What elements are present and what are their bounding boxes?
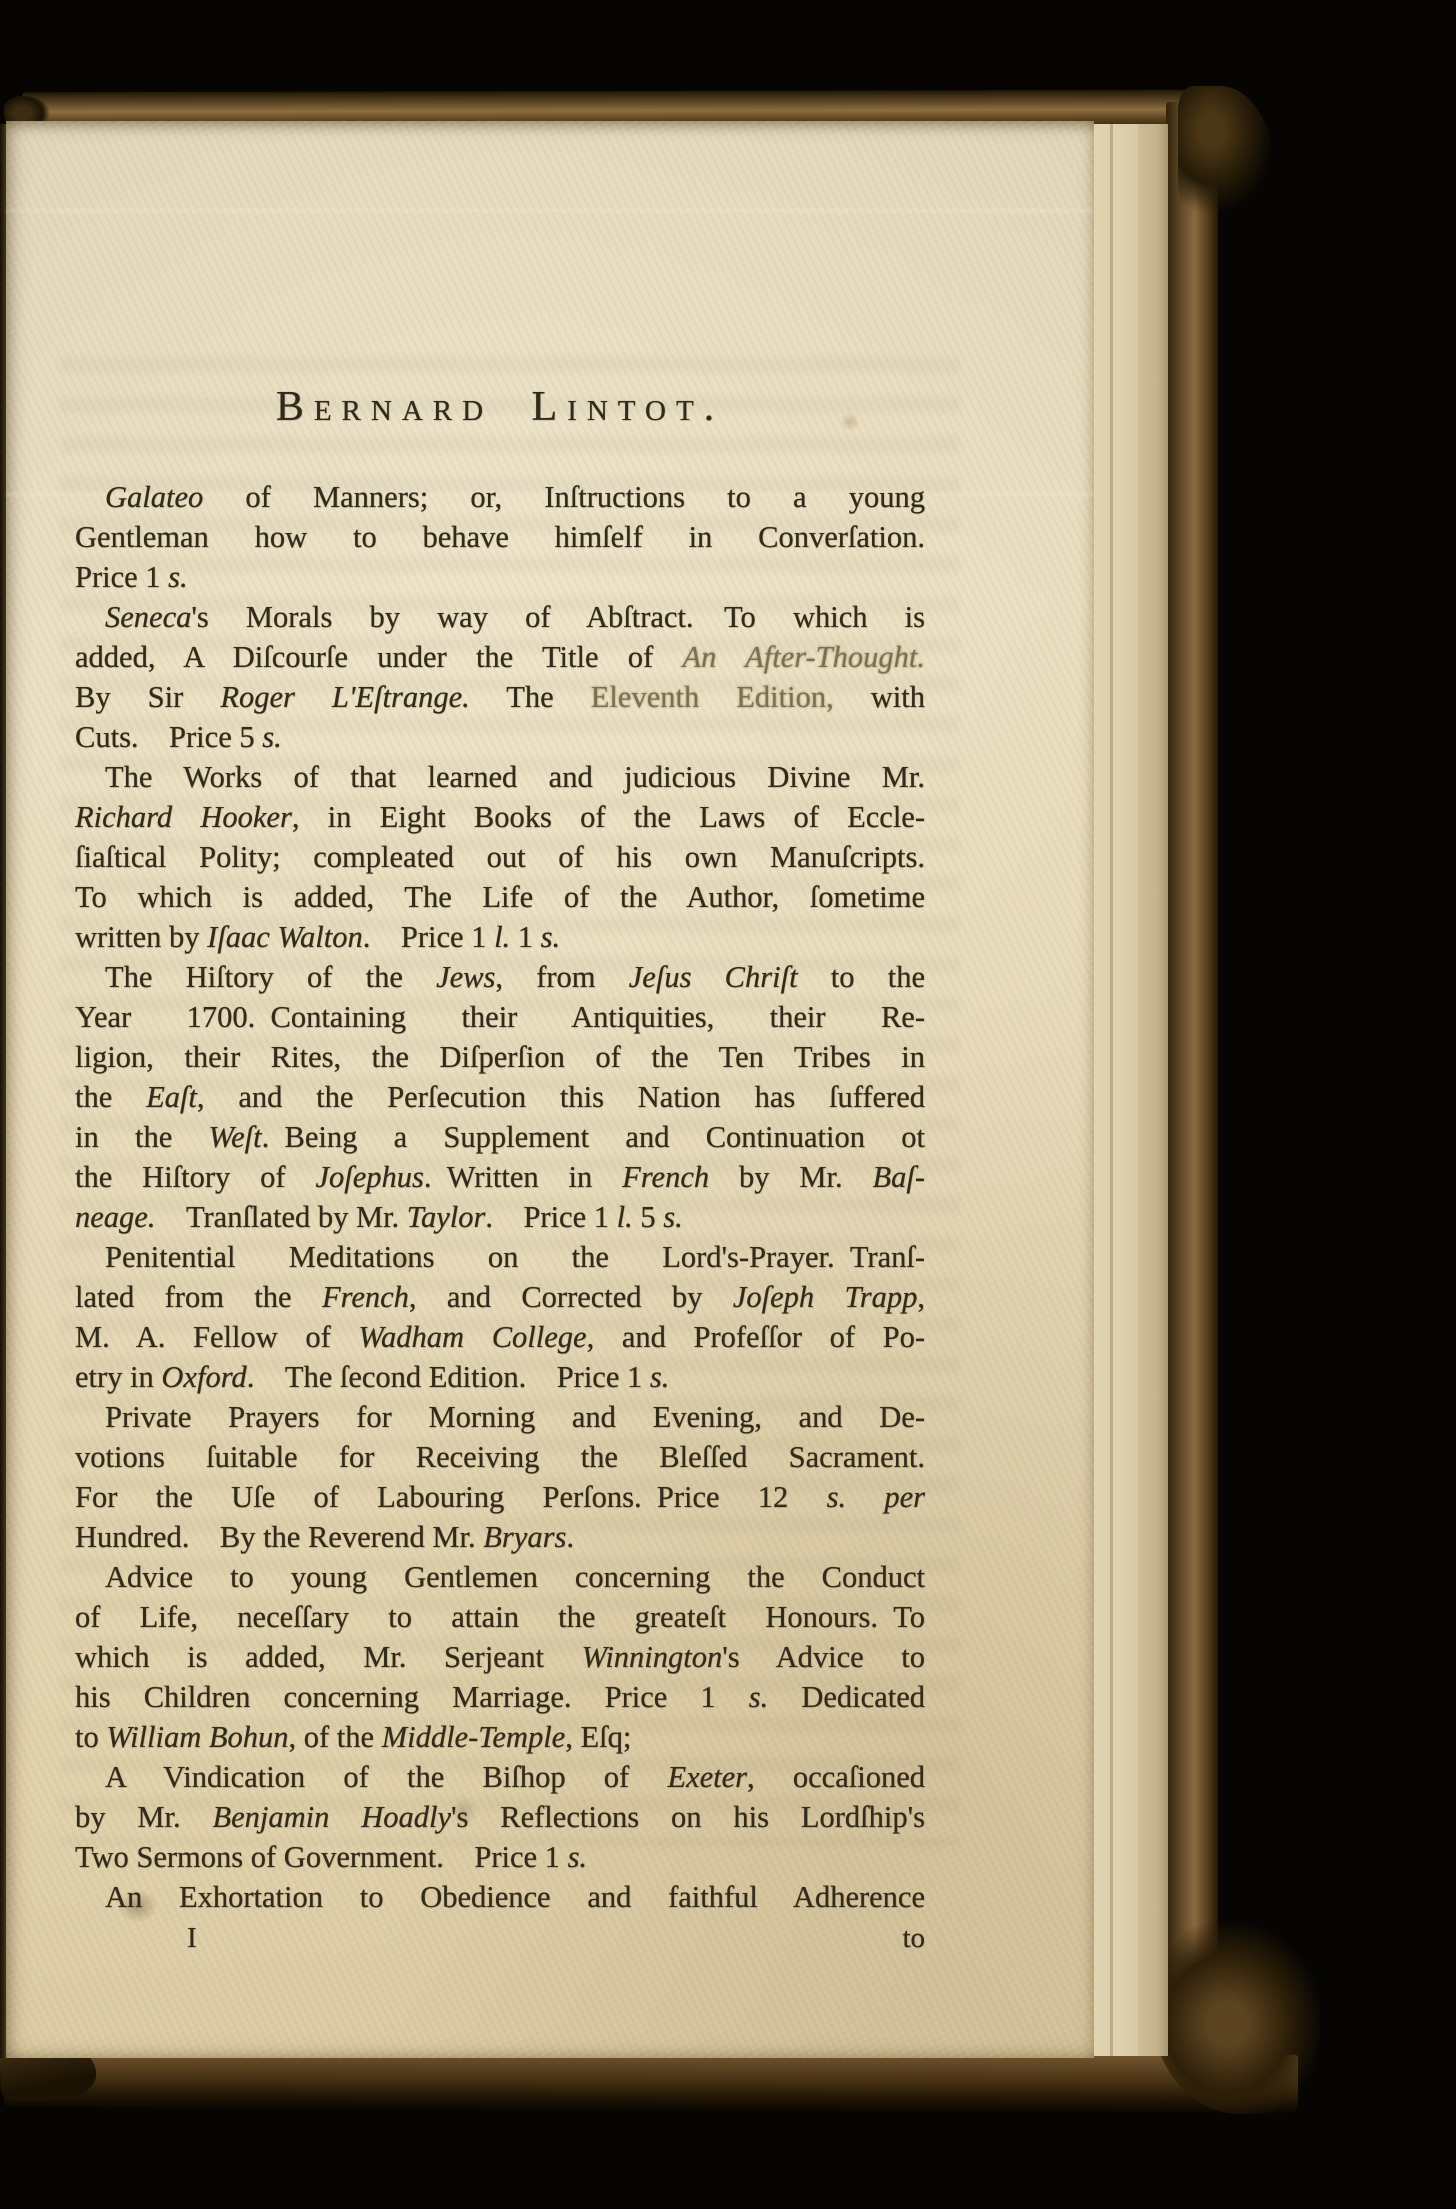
body-text: Hundred. By the Reverend Mr. <box>75 1520 483 1554</box>
text-line: lated from the French, and Corrected by … <box>75 1277 925 1317</box>
bookseller-name: Bernard Lintot. <box>276 384 724 430</box>
body-text: ligion, their Rites, the Diſperſion of t… <box>75 1040 925 1074</box>
italic-text: Oxford <box>161 1360 246 1394</box>
text-line: ligion, their Rites, the Diſperſion of t… <box>75 1037 925 1077</box>
text-line: etry in Oxford. The ſecond Edition. Pric… <box>75 1357 925 1397</box>
body-text: votions ſuitable for Receiving the Bleſſ… <box>75 1440 925 1474</box>
body-text: of Manners; or, Inſtructions to a young <box>203 480 925 514</box>
text-line: Cuts. Price 5 s. <box>75 717 925 757</box>
text-line: neage. Tranſlated by Mr. Taylor. Price 1… <box>75 1197 925 1237</box>
body-text: The <box>470 680 591 714</box>
signature-mark: I <box>187 1918 197 1958</box>
body-text: , in Eight Books of the Laws of Eccle- <box>292 800 925 834</box>
body-text: Year 1700. Containing their Antiquities,… <box>75 1000 925 1034</box>
body-text: To which is added, The Life of the Autho… <box>75 880 925 914</box>
paragraph: An Exhortation to Obedience and faithful… <box>75 1877 925 1917</box>
text-line: added, A Diſcourſe under the Title of An… <box>75 637 925 677</box>
italic-text: Joſeph Trapp <box>733 1280 918 1314</box>
italic-text: Middle-Temple <box>382 1720 566 1754</box>
text-line: in the Weſt. Being a Supplement and Cont… <box>75 1117 925 1157</box>
body-text: by Mr. <box>709 1160 872 1194</box>
body-text: 1 <box>510 920 541 954</box>
scanned-book-photo: Bernard Lintot. Galateo of Manners; or, … <box>0 0 1456 2209</box>
body-text: Penitential Meditations on the Lord's-Pr… <box>105 1240 925 1274</box>
text-line: ſiaſtical Polity; compleated out of his … <box>75 837 925 877</box>
italic-text: s. <box>262 720 282 754</box>
paragraph: Advice to young Gentlemen concerning the… <box>75 1557 925 1757</box>
body-text: of Life, neceſſary to attain the greateſ… <box>75 1600 925 1634</box>
text-line: which is added, Mr. Serjeant Winnington'… <box>75 1637 925 1677</box>
text-line: Hundred. By the Reverend Mr. Bryars. <box>75 1517 925 1557</box>
italic-text: Galateo <box>105 480 203 514</box>
italic-text: Baſ- <box>873 1160 926 1194</box>
body-text: . Price 1 <box>363 920 494 954</box>
text-line: Gentleman how to behave himſelf in Conve… <box>75 517 925 557</box>
body-text: By Sir <box>75 680 220 714</box>
body-text: Gentleman how to behave himſelf in Conve… <box>75 520 925 554</box>
text-line: By Sir Roger L'Eſtrange. The Eleventh Ed… <box>75 677 925 717</box>
body-text: which is added, Mr. Serjeant <box>75 1640 582 1674</box>
body-text: to the <box>798 960 925 994</box>
italic-text: Benjamin Hoadly <box>212 1800 451 1834</box>
text-line: Seneca's Morals by way of Abſtract. To w… <box>75 597 925 637</box>
text-line: the Eaſt, and the Perſecution this Natio… <box>75 1077 925 1117</box>
body-text: ſiaſtical Polity; compleated out of his … <box>75 840 925 874</box>
body-text: with <box>834 680 925 714</box>
text-line: The Works of that learned and judicious … <box>75 757 925 797</box>
text-line: A Vindication of the Biſhop of Exeter, o… <box>75 1757 925 1797</box>
book-binding-bottom-edge <box>4 2049 1298 2113</box>
italic-text: Roger L'Eſtrange. <box>220 680 469 714</box>
book-binding-right-edge <box>1166 102 1218 2077</box>
body-text: Price 1 <box>75 560 168 594</box>
body-text: An Exhortation to Obedience and faithful… <box>105 1880 925 1914</box>
paragraph: A Vindication of the Biſhop of Exeter, o… <box>75 1757 925 1877</box>
paragraph: Penitential Meditations on the Lord's-Pr… <box>75 1237 925 1397</box>
text-line: written by Iſaac Walton. Price 1 l. 1 s. <box>75 917 925 957</box>
italic-text: Eaſt <box>146 1080 197 1114</box>
italic-text: l. <box>494 920 510 954</box>
page-text-body: Galateo of Manners; or, Inſtructions to … <box>75 477 925 1917</box>
page-heading: Bernard Lintot. <box>75 383 925 431</box>
body-text: M. A. Fellow of <box>75 1320 358 1354</box>
body-text: Two Sermons of Government. Price 1 <box>75 1840 568 1874</box>
italic-text: neage. <box>75 1200 155 1234</box>
body-text: 's Reflections on his Lordſhip's <box>451 1800 925 1834</box>
italic-text: Wadham College <box>358 1320 586 1354</box>
italic-text: s. <box>168 560 188 594</box>
text-line: To which is added, The Life of the Autho… <box>75 877 925 917</box>
body-text: The Hiſtory of the <box>105 960 436 994</box>
text-line: The Hiſtory of the Jews, from Jeſus Chri… <box>75 957 925 997</box>
paragraph: The Works of that learned and judicious … <box>75 757 925 957</box>
body-text: Advice to young Gentlemen concerning the… <box>105 1560 925 1594</box>
page-leaf-edges <box>1092 124 1168 2056</box>
body-text: Cuts. Price 5 <box>75 720 262 754</box>
body-text: the Hiſtory of <box>75 1160 315 1194</box>
italic-text: Jews <box>436 960 495 994</box>
paragraph: The Hiſtory of the Jews, from Jeſus Chri… <box>75 957 925 1237</box>
body-text: by Mr. <box>75 1800 212 1834</box>
body-text: , and Corrected by <box>409 1280 733 1314</box>
body-text: . The ſecond Edition. Price 1 <box>247 1360 650 1394</box>
body-text: A Vindication of the Biſhop of <box>105 1760 667 1794</box>
italic-text: s. <box>749 1680 769 1714</box>
body-text: For the Uſe of Labouring Perſons. Price … <box>75 1480 827 1514</box>
text-line: An Exhortation to Obedience and faithful… <box>75 1877 925 1917</box>
body-text: lated from the <box>75 1280 322 1314</box>
body-text: . <box>566 1520 574 1554</box>
body-text: etry in <box>75 1360 161 1394</box>
text-line: Price 1 s. <box>75 557 925 597</box>
book-page: Bernard Lintot. Galateo of Manners; or, … <box>6 121 1094 2058</box>
body-text: . Written in <box>424 1160 622 1194</box>
text-line: votions ſuitable for Receiving the Bleſſ… <box>75 1437 925 1477</box>
body-text: Private Prayers for Morning and Evening,… <box>105 1400 925 1434</box>
body-text: The Works of that learned and judicious … <box>105 760 925 794</box>
text-line: Penitential Meditations on the Lord's-Pr… <box>75 1237 925 1277</box>
body-text: his Children concerning Marriage. Price … <box>75 1680 749 1714</box>
body-text: , from <box>495 960 628 994</box>
body-text: 5 <box>633 1200 664 1234</box>
text-line: M. A. Fellow of Wadham College, and Prof… <box>75 1317 925 1357</box>
italic-text: William Bohun <box>106 1720 288 1754</box>
text-line: Galateo of Manners; or, Inſtructions to … <box>75 477 925 517</box>
paper-crease <box>6 209 1094 212</box>
body-text: . Price 1 <box>485 1200 616 1234</box>
italic-text: Winnington <box>582 1640 723 1674</box>
body-text: Tranſlated by Mr. <box>155 1200 406 1234</box>
body-text: the <box>75 1080 146 1114</box>
italic-text: s. <box>568 1840 588 1874</box>
body-text: Dedicated <box>768 1680 925 1714</box>
body-text: , <box>917 1280 925 1314</box>
italic-text: s. <box>663 1200 683 1234</box>
italic-text: Richard Hooker <box>75 800 292 834</box>
text-line: For the Uſe of Labouring Perſons. Price … <box>75 1477 925 1517</box>
italic-text: l. <box>617 1200 633 1234</box>
page-text-column: Bernard Lintot. Galateo of Manners; or, … <box>75 383 925 1958</box>
catchword: to <box>902 1918 925 1958</box>
body-text: added, A Diſcourſe under the Title of <box>75 640 683 674</box>
body-text: Eleventh Edition, <box>591 680 834 714</box>
text-line: Year 1700. Containing their Antiquities,… <box>75 997 925 1037</box>
italic-text: An After-Thought. <box>683 640 925 674</box>
italic-text: s. <box>650 1360 670 1394</box>
text-line: Advice to young Gentlemen concerning the… <box>75 1557 925 1597</box>
italic-text: Bryars <box>483 1520 566 1554</box>
body-text: . Being a Supplement and Continuation ot <box>262 1120 925 1154</box>
body-text: 's Advice to <box>722 1640 925 1674</box>
body-text: in the <box>75 1120 209 1154</box>
paragraph: Galateo of Manners; or, Inſtructions to … <box>75 477 925 597</box>
body-text: 's Morals by way of Abſtract. To which i… <box>191 600 925 634</box>
italic-text: Jeſus Chriſt <box>629 960 798 994</box>
text-line: to William Bohun, of the Middle-Temple, … <box>75 1717 925 1757</box>
text-line: his Children concerning Marriage. Price … <box>75 1677 925 1717</box>
italic-text: s. <box>541 920 561 954</box>
body-text: , of the <box>289 1720 382 1754</box>
italic-text: Seneca <box>105 600 191 634</box>
book-binding-top-right-corner <box>1178 86 1274 234</box>
body-text: , and the Perſecution this Nation has ſu… <box>197 1080 925 1114</box>
text-line: of Life, neceſſary to attain the greateſ… <box>75 1597 925 1637</box>
italic-text: Iſaac Walton <box>207 920 363 954</box>
text-line: Two Sermons of Government. Price 1 s. <box>75 1837 925 1877</box>
paragraph: Private Prayers for Morning and Evening,… <box>75 1397 925 1557</box>
paragraph: Seneca's Morals by way of Abſtract. To w… <box>75 597 925 757</box>
book-binding-bottom-right-corner <box>1152 1914 1320 2114</box>
signature-catchword-row: I to <box>75 1918 925 1958</box>
body-text: to <box>75 1720 106 1754</box>
italic-text: Joſephus <box>315 1160 423 1194</box>
body-text: written by <box>75 920 207 954</box>
italic-text: Exeter <box>667 1760 747 1794</box>
text-line: the Hiſtory of Joſephus. Written in Fren… <box>75 1157 925 1197</box>
text-line: Richard Hooker, in Eight Books of the La… <box>75 797 925 837</box>
body-text: , and Profeſſor of Po- <box>587 1320 925 1354</box>
text-line: by Mr. Benjamin Hoadly's Reflections on … <box>75 1797 925 1837</box>
italic-text: s. per <box>827 1480 925 1514</box>
text-line: Private Prayers for Morning and Evening,… <box>75 1397 925 1437</box>
italic-text: French <box>622 1160 709 1194</box>
body-text: , Eſq; <box>565 1720 631 1754</box>
italic-text: Weſt <box>209 1120 262 1154</box>
italic-text: Taylor <box>407 1200 486 1234</box>
body-text: , occaſioned <box>747 1760 925 1794</box>
italic-text: French <box>322 1280 409 1314</box>
